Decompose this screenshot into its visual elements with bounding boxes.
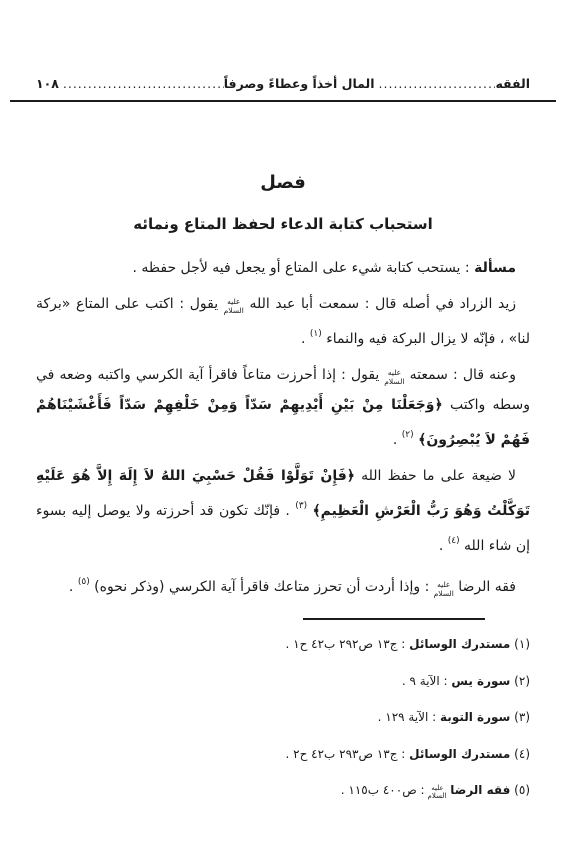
bold-text-segment: سورة يس [451,674,510,688]
bold-text-segment: مستدرك الوسائل [409,747,510,761]
footnotes: (١) مستدرك الوسائل : ج١٣ ص٢٩٢ ب٤٢ ح١ .(٢… [36,632,530,803]
text-segment: : يستحب كتابة شيء على المتاع أو يجعل فيه… [132,260,474,276]
text-segment: لا ضيعة على ما حفظ الله [355,468,516,484]
bold-text-segment: مستدرك الوسائل [409,637,510,651]
header-rule [10,100,556,102]
footnote-ref: (٣) [295,501,307,511]
text-segment: (٢) [510,674,530,688]
bold-text-segment: فقه الرضا [450,783,510,797]
paragraph: وعنه قال : سمعته عليه السلام يقول : إذا … [36,360,530,455]
footnote-line: (٢) سورة يس : الآية ٩ . [36,669,530,694]
header-page-number: ١٠٨ [36,76,59,91]
footnote-ref: (٤) [448,536,460,546]
footnote-line: (٤) مستدرك الوسائل : ج١٣ ص٢٩٣ ب٤٢ ح٢ . [36,742,530,767]
honorific-symbol: عليه السلام [428,784,446,800]
text-segment: : الآية ١٢٩ . [378,710,440,724]
header-chapter-label: المال أخذاً وعطاءً وصرفاً [224,76,375,91]
chapter-title: فصل [36,172,530,193]
paragraph: مسألة : يستحب كتابة شيء على المتاع أو يج… [36,253,530,283]
header-dot-leader-left: ........................................… [59,76,224,91]
text-segment: فقه الرضا [454,579,516,595]
bold-text-segment: سورة التوبة [440,710,510,724]
paragraph: زيد الزراد في أصله قال : سمعت أبا عبد ال… [36,289,530,354]
text-segment: (٤) [510,747,530,761]
honorific-symbol: عليه السلام [434,581,454,598]
footnote-ref: (١) [310,329,322,339]
text-segment: : ج١٣ ص٢٩٣ ب٤٢ ح٢ . [285,747,409,761]
honorific-symbol: عليه السلام [384,369,404,386]
text-segment: . [69,579,78,595]
chapter-subtitle: استحباب كتابة الدعاء لحفظ المتاع ونمائه [36,215,530,233]
text-segment: (٣) [510,710,530,724]
honorific-symbol: عليه السلام [224,298,244,315]
paragraph: فقه الرضا عليه السلام : وإذا أردت أن تحر… [36,567,530,602]
text-segment: زيد الزراد في أصله قال : سمعت أبا عبد ال… [244,296,516,312]
body-text: مسألة : يستحب كتابة شيء على المتاع أو يج… [36,253,530,602]
text-segment: . [393,432,402,448]
text-segment: : الآية ٩ . [402,674,452,688]
running-header: الفقه ..................................… [36,76,530,91]
text-segment: (٥) [510,783,530,797]
text-segment: (١) [510,637,530,651]
text-segment: وعنه قال : سمعته [404,367,516,383]
header-dot-leader-right: .................................... [375,76,496,91]
header-section-label: الفقه [495,76,530,91]
footnote-ref: (٥) [78,577,90,587]
text-segment: . [301,331,310,347]
footnote-ref: (٢) [402,430,414,440]
footnote-line: (١) مستدرك الوسائل : ج١٣ ص٢٩٢ ب٤٢ ح١ . [36,632,530,657]
paragraph: لا ضيعة على ما حفظ الله ﴿فَإِنْ تَوَلَّو… [36,461,530,561]
footnote-line: (٣) سورة التوبة : الآية ١٢٩ . [36,705,530,730]
text-segment: . [439,538,448,554]
text-segment: : وإذا أردت أن تحرز متاعك فاقرأ آية الكر… [90,579,434,595]
bold-text-segment: مسألة [474,260,516,276]
text-segment: : ص٤٠٠ ب١١٥ . [341,783,429,797]
footnote-line: (٥) فقه الرضا عليه السلام : ص٤٠٠ ب١١٥ . [36,778,530,803]
text-segment: : ج١٣ ص٢٩٢ ب٤٢ ح١ . [285,637,409,651]
book-page: الفقه ..................................… [0,0,566,851]
footnote-separator-rule [303,618,485,620]
